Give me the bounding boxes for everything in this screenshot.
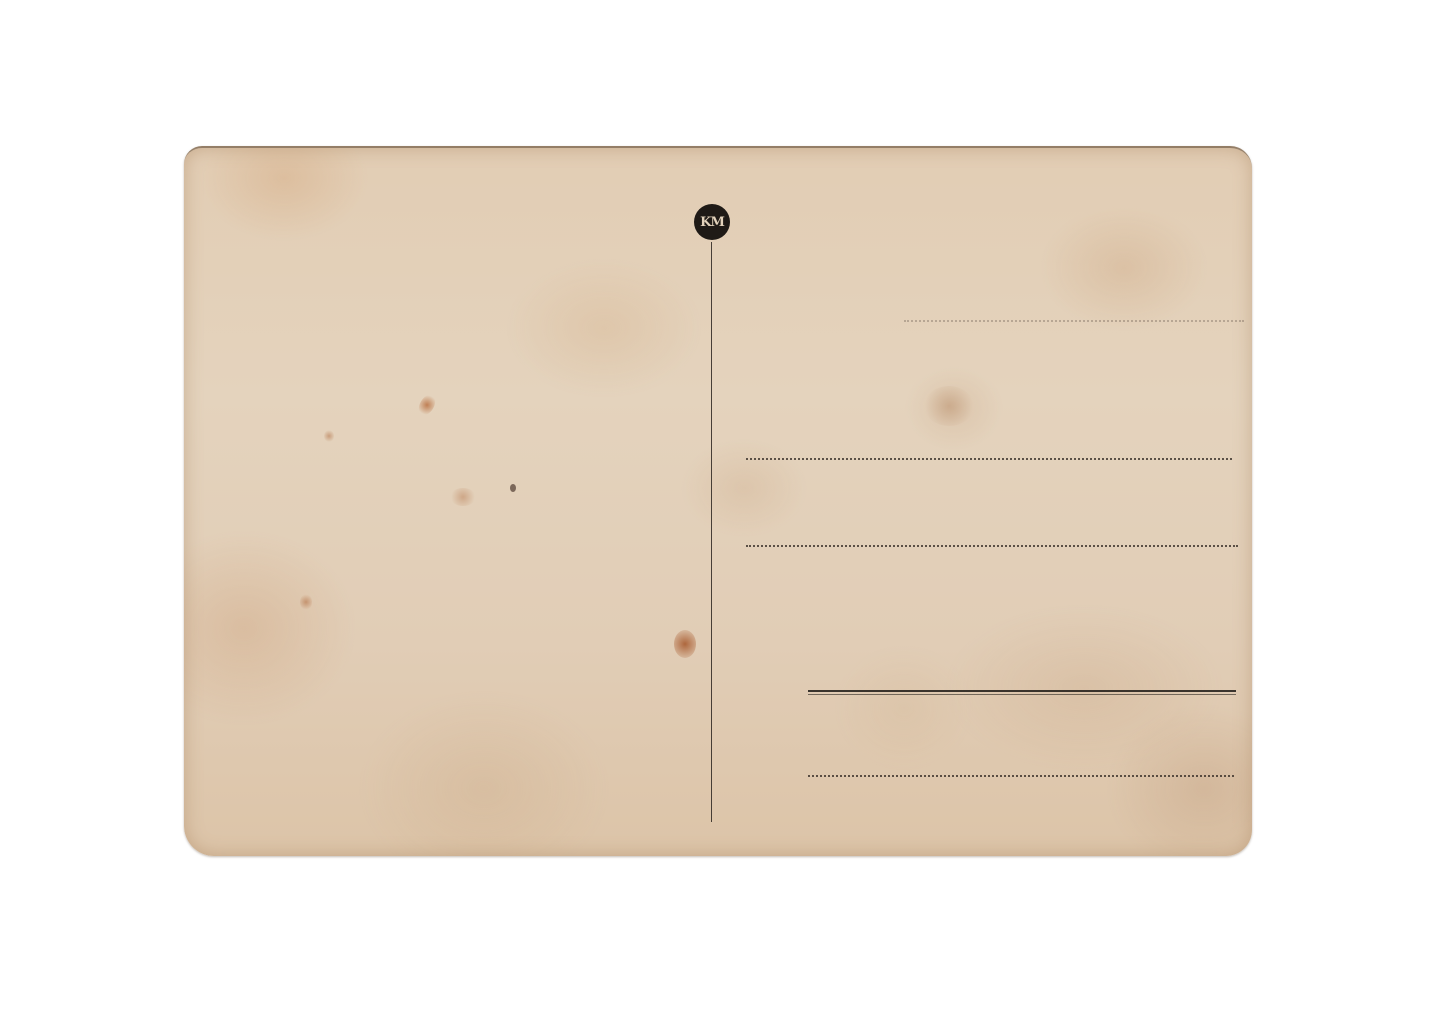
km-monogram-icon: KM <box>694 204 730 240</box>
stain-spot <box>450 488 476 506</box>
address-line-dotted-3 <box>808 775 1234 777</box>
stain-spot <box>510 484 516 492</box>
logo-text: KM <box>700 215 724 230</box>
stain-spot <box>324 430 334 442</box>
address-line-dotted-1 <box>746 458 1232 460</box>
stain-spot <box>924 386 974 426</box>
stain-spot <box>300 594 312 610</box>
postcard-back: KM <box>184 146 1252 856</box>
address-line-solid <box>808 690 1236 695</box>
stain-spot <box>674 630 696 658</box>
address-line-faint <box>904 320 1244 322</box>
center-divider-line <box>711 242 712 822</box>
stain-spot <box>415 392 438 418</box>
address-line-dotted-2 <box>746 545 1238 547</box>
photo-stage: KM <box>0 0 1445 1009</box>
